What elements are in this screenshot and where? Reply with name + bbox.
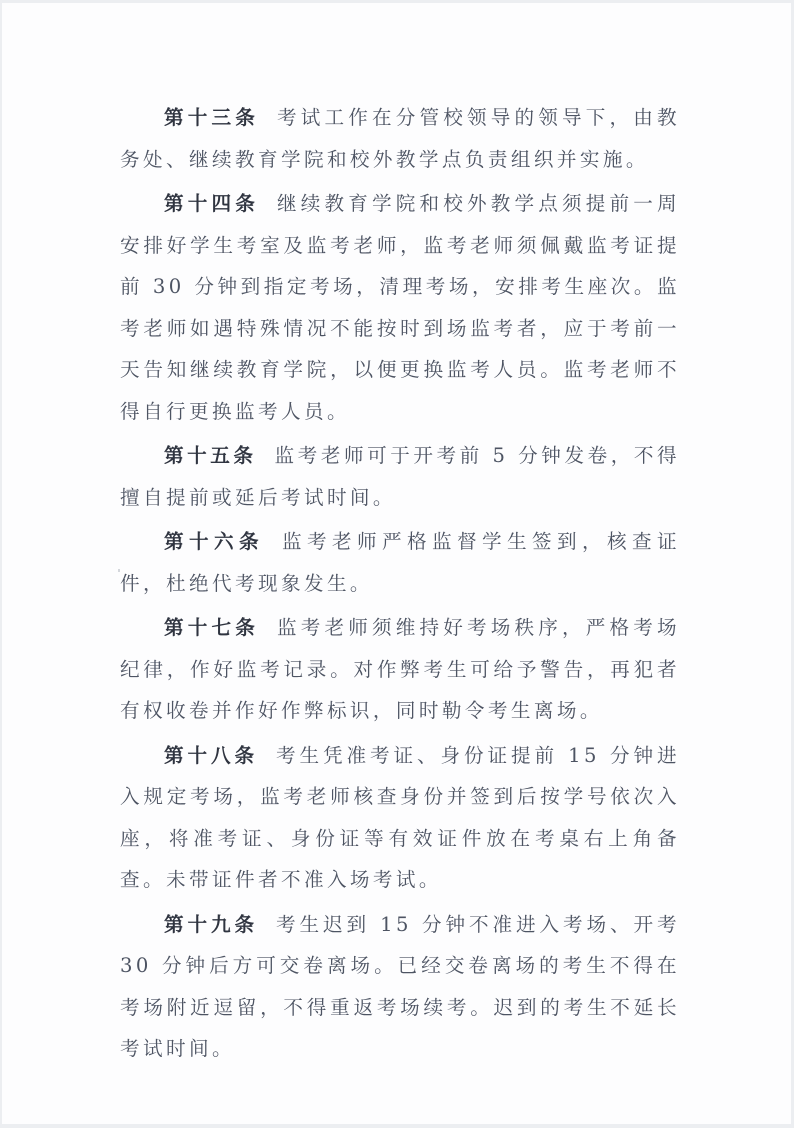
article-13: 第十三条考试工作在分管校领导的领导下，由教务处、继续教育学院和校外教学点负责组织… bbox=[120, 97, 680, 180]
article-number: 第十八条 bbox=[164, 744, 258, 767]
article-number: 第十九条 bbox=[164, 913, 258, 936]
article-number: 第十六条 bbox=[164, 530, 264, 553]
document-page: 第十三条考试工作在分管校领导的领导下，由教务处、继续教育学院和校外教学点负责组织… bbox=[2, 3, 791, 1124]
article-14: 第十四条继续教育学院和校外教学点须提前一周安排好学生考室及监考老师，监考老师须佩… bbox=[120, 183, 680, 432]
article-number: 第十三条 bbox=[164, 106, 259, 129]
article-number: 第十五条 bbox=[164, 444, 257, 467]
article-19: 第十九条考生迟到 15 分钟不准进入考场、开考 30 分钟后方可交卷离场。已经交… bbox=[120, 904, 680, 1070]
article-16: 第十六条监考老师严格监督学生签到，核查证件，杜绝代考现象发生。 bbox=[120, 521, 680, 604]
article-text: 继续教育学院和校外教学点须提前一周安排好学生考室及监考老师，监考老师须佩戴监考证… bbox=[120, 192, 680, 423]
article-number: 第十七条 bbox=[164, 616, 259, 639]
document-body: 第十三条考试工作在分管校领导的领导下，由教务处、继续教育学院和校外教学点负责组织… bbox=[120, 97, 680, 1070]
article-18: 第十八条考生凭准考证、身份证提前 15 分钟进入规定考场，监考老师核查身份并签到… bbox=[120, 735, 680, 901]
article-15: 第十五条监考老师可于开考前 5 分钟发卷，不得擅自提前或延后考试时间。 bbox=[120, 435, 680, 518]
article-number: 第十四条 bbox=[164, 192, 259, 215]
article-17: 第十七条监考老师须维持好考场秩序，严格考场纪律，作好监考记录。对作弊考生可给予警… bbox=[120, 607, 680, 732]
